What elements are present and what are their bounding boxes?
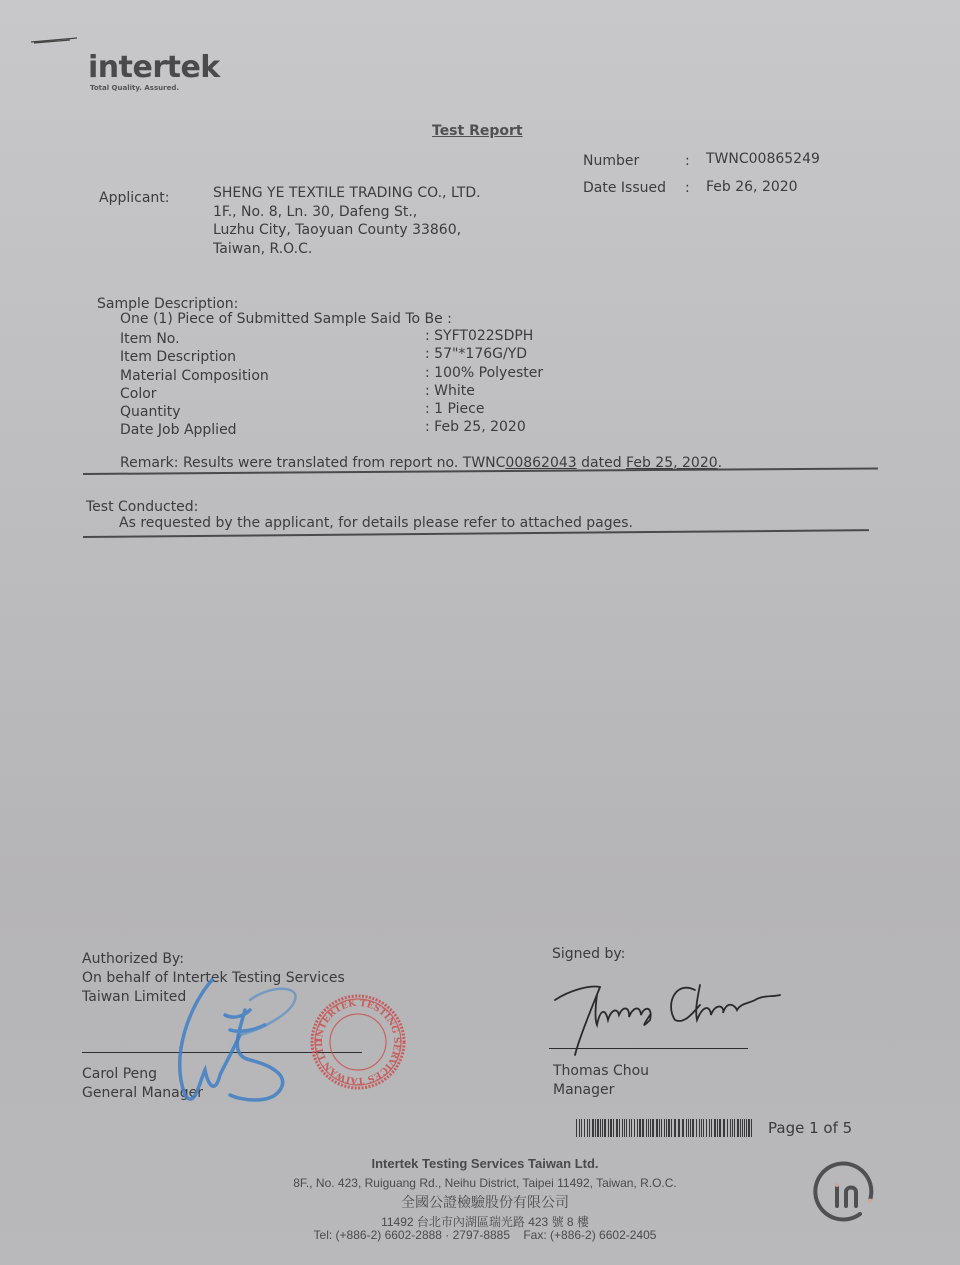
number-label: Number [583, 153, 639, 169]
sample-label: Item No. [120, 330, 269, 348]
sample-label: Item Description [120, 348, 269, 366]
date-colon: : [685, 180, 690, 196]
signed-by-label: Signed by: [552, 946, 625, 962]
sample-description-subtitle: One (1) Piece of Submitted Sample Said T… [120, 311, 452, 327]
signatory-name: Thomas Chou [553, 1062, 649, 1081]
remark-report-number: 00862043 [505, 455, 576, 471]
sample-values: : SYFT022SDPH : 57"*176G/YD : 100% Polye… [425, 327, 543, 437]
intertek-logo: intertek [88, 50, 220, 85]
signature-carol-peng [160, 975, 310, 1110]
sample-label: Quantity [120, 403, 269, 421]
sample-value: : 57"*176G/YD [425, 345, 543, 363]
page-title: Test Report [432, 123, 523, 139]
sample-label: Color [120, 385, 269, 403]
footer-contact: Tel: (+886-2) 6602-2888 · 2797-8885 Fax:… [0, 1228, 960, 1242]
date-issued: Feb 26, 2020 [706, 179, 798, 195]
sample-labels: Item No. Item Description Material Compo… [120, 330, 269, 440]
intertek-in-badge-icon [812, 1160, 880, 1228]
sample-description-title: Sample Description: [97, 296, 238, 312]
logo-tagline: Total Quality. Assured. [90, 84, 179, 92]
report-number: TWNC00865249 [706, 151, 820, 167]
barcode [576, 1119, 752, 1137]
pen-mark [30, 36, 78, 44]
applicant-line: 1F., No. 8, Ln. 30, Dafeng St., [213, 203, 481, 222]
sample-value: : 100% Polyester [425, 364, 543, 382]
date-issued-label: Date Issued [583, 180, 666, 196]
signature-line [549, 1048, 748, 1049]
test-conducted-text: As requested by the applicant, for detai… [119, 515, 633, 531]
signatory-title: Manager [553, 1081, 649, 1100]
page-number: Page 1 of 5 [768, 1119, 852, 1137]
test-conducted-label: Test Conducted: [86, 499, 198, 515]
applicant-line: SHENG YE TEXTILE TRADING CO., LTD. [213, 184, 481, 203]
signature-thomas-chou [545, 965, 790, 1060]
number-colon: : [685, 153, 690, 169]
applicant-line: Luzhu City, Taoyuan County 33860, [213, 221, 481, 240]
sample-value: : Feb 25, 2020 [425, 418, 543, 436]
signatory-right: Thomas Chou Manager [553, 1062, 649, 1100]
sample-value: : White [425, 382, 543, 400]
sample-value: : 1 Piece [425, 400, 543, 418]
applicant-line: Taiwan, R.O.C. [213, 240, 481, 259]
sample-label: Date Job Applied [120, 421, 269, 439]
company-seal-stamp: INTERTEK TESTING SERVICES TAIWAN LTD. [308, 992, 408, 1092]
applicant-address: SHENG YE TEXTILE TRADING CO., LTD. 1F., … [213, 184, 481, 258]
sample-value: : SYFT022SDPH [425, 327, 543, 345]
authorized-by-label: Authorized By: [82, 950, 345, 969]
sample-label: Material Composition [120, 367, 269, 385]
remark-prefix: Remark: Results were translated from rep… [120, 455, 505, 471]
applicant-label: Applicant: [99, 190, 170, 206]
